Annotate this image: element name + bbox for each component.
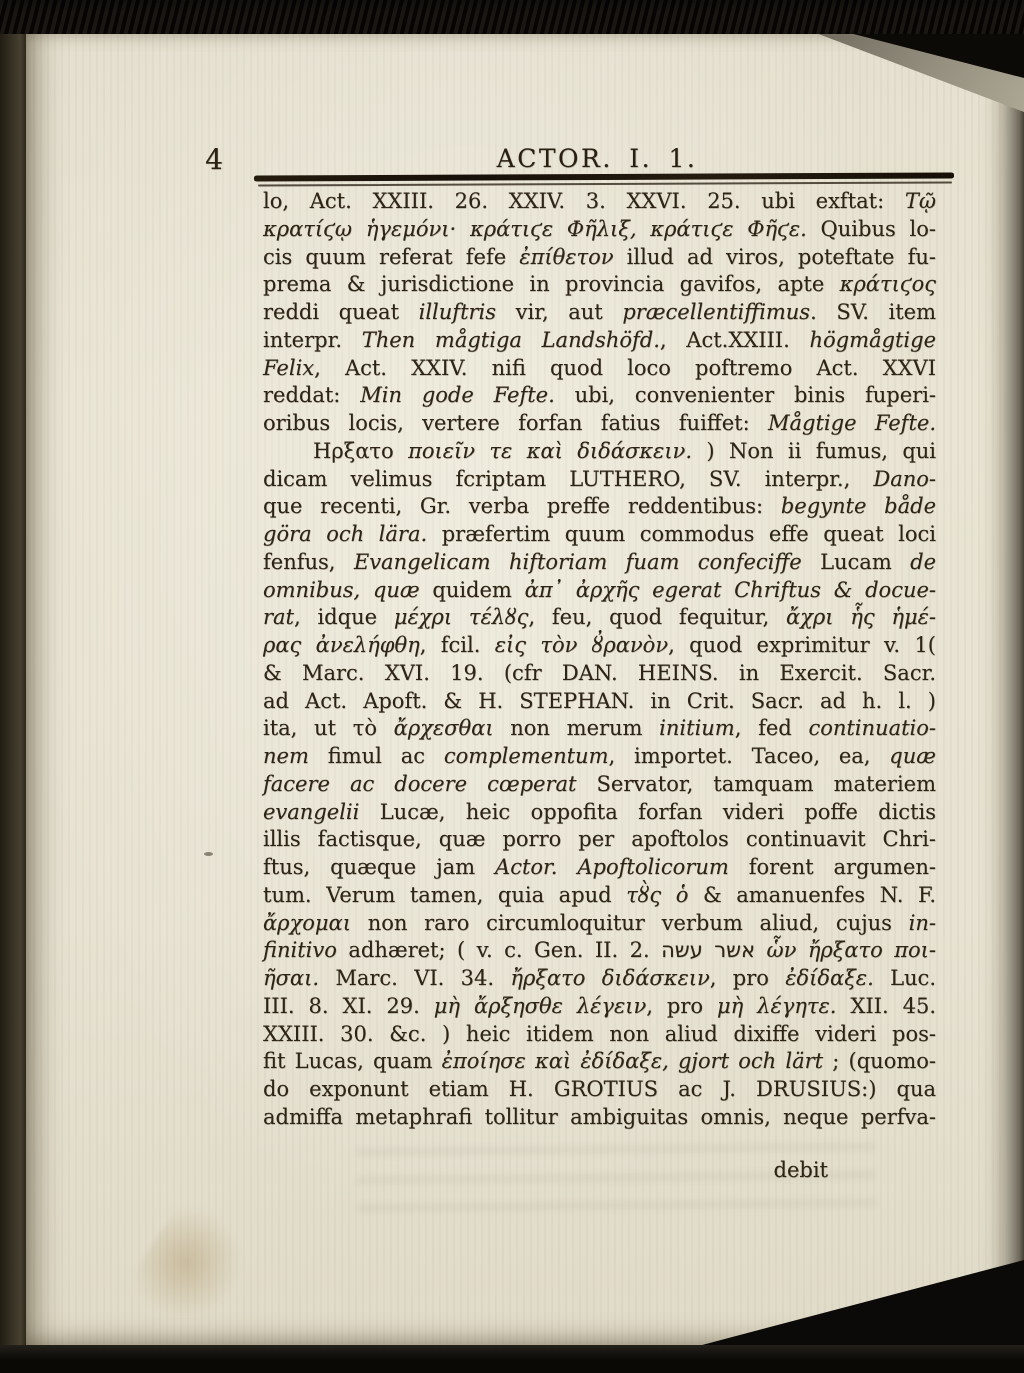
text-line: Felix, Act. XXIV. nifi quod loco poftrem…	[263, 355, 936, 383]
text-line: rat, idque μέχρι τέλȣς, feu, quod fequit…	[263, 604, 936, 632]
text-line: fit Lucas, quam ἐποίησε καὶ ἐδίδαξε, gjo…	[263, 1048, 936, 1076]
text-line: oribus locis, vertere forfan fatius fuif…	[263, 410, 936, 438]
text-line: göra och lära. præfertim quum commodus e…	[263, 521, 936, 549]
text-line: lo, Act. XXIII. 26. XXIV. 3. XXVI. 25. u…	[263, 188, 936, 216]
running-title: ACTOR. I. 1.	[446, 144, 748, 173]
text-line: evangelii Lucæ, heic oppofita forfan vid…	[263, 799, 936, 827]
text-line: ῆσαι. Marc. VI. 34. ἤρξατο διδάσκειν, pr…	[263, 965, 936, 993]
text-line: fenfus, Evangelicam hiftoriam fuam confe…	[263, 549, 936, 577]
text-line: finitivo adhæret; ( v. c. Gen. II. 2. אש…	[263, 937, 936, 965]
text-line: ftus, quæque jam Actor. Apoftolicorum fo…	[263, 854, 936, 882]
text-line: illis factisque, quæ porro per apoftolos…	[263, 826, 936, 854]
scanner-bed-bottom	[0, 1345, 1024, 1373]
text-line-paragraph-start: Ηρξατο ποιεῖν τε καὶ διδάσκειν. ) Non ii…	[263, 438, 936, 466]
ink-speck	[204, 852, 213, 856]
text-line: admiffa metaphrafi tollitur ambiguitas o…	[263, 1104, 936, 1132]
text-line: que recenti, Gr. verba preffe reddentibu…	[263, 493, 936, 521]
text-line: III. 8. XI. 29. μὴ ἄρξησθε λέγειν, pro μ…	[263, 993, 936, 1021]
text-line: nem fimul ac complementum, importet. Tac…	[263, 743, 936, 771]
text-line: reddi queat illuftris vir, aut præcellen…	[263, 299, 936, 327]
text-line: κρατίϛῳ ἡγεμόνι· κράτιϛε Φῆλιξ, κράτιϛε …	[263, 216, 936, 244]
text-line: interpr. Then mågtiga Landshöfd., Act.XX…	[263, 327, 936, 355]
text-line: omnibus, quæ quidem ἀπ᾽ ἀρχῆς egerat Chr…	[263, 577, 936, 605]
scanner-bed-top	[0, 0, 1024, 34]
catchword: debit	[263, 1158, 936, 1182]
text-line: ita, ut τὸ ἄρχεσθαι non merum initium, f…	[263, 715, 936, 743]
text-line: ἄρχομαι non raro circumloquitur verbum a…	[263, 910, 936, 938]
text-line: prema & jurisdictione in provincia gavif…	[263, 271, 936, 299]
page-fore-edge	[1004, 32, 1024, 1334]
text-line: cis quum referat fefe ἐπίθετον illud ad …	[263, 244, 936, 272]
text-line: tum. Verum tamen, quia apud τȣ̀ς ὁ & ama…	[263, 882, 936, 910]
text-line: XXIII. 30. &c. ) heic itidem non aliud d…	[263, 1021, 936, 1049]
text-line: ad Act. Apoft. & H. STEPHAN. in Crit. Sa…	[263, 688, 936, 716]
text-line: dicam velimus fcriptam LUTHERO, SV. inte…	[263, 466, 936, 494]
body-text: lo, Act. XXIII. 26. XXIV. 3. XXVI. 25. u…	[263, 188, 936, 1182]
text-line: reddat: Min gode Fefte. ubi, conveniente…	[263, 382, 936, 410]
scanned-book-page: 4 ACTOR. I. 1. lo, Act. XXIII. 26. XXIV.…	[0, 0, 1024, 1373]
text-line: do exponunt etiam H. GROTIUS ac J. DRUSI…	[263, 1076, 936, 1104]
page-number: 4	[194, 143, 234, 176]
text-line: & Marc. XVI. 19. (cfr DAN. HEINS. in Exe…	[263, 660, 936, 688]
text-line: facere ac docere cœperat Servator, tamqu…	[263, 771, 936, 799]
book-page: 4 ACTOR. I. 1. lo, Act. XXIII. 26. XXIV.…	[26, 30, 1004, 1345]
text-line: ρας ἀνελήφθη, fcil. εἰς τὸν ȣ̓ρανὸν, quo…	[263, 632, 936, 660]
header-rule	[254, 172, 954, 181]
page-stain	[121, 1192, 266, 1345]
